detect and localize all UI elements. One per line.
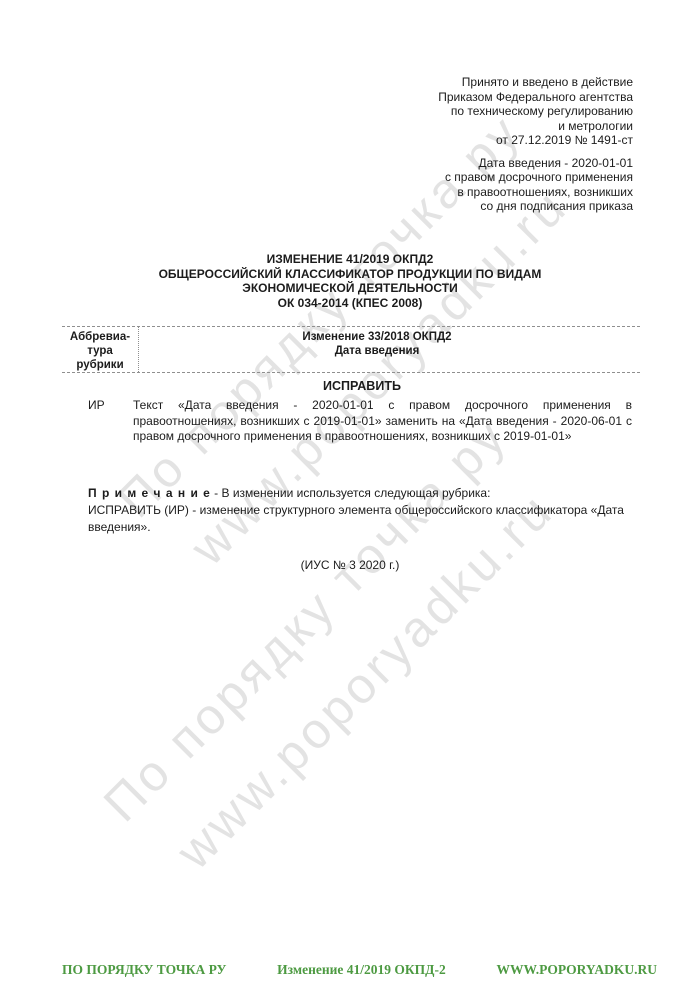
rubric-table: Аббревиа- тура рубрики Изменение 33/2018… — [62, 326, 640, 373]
effective-date-line: с правом досрочного применения — [438, 170, 633, 185]
footer-document-name: Изменение 41/2019 ОКПД-2 — [277, 962, 446, 978]
correction-entry: ИР Текст «Дата введения - 2020-01-01 с п… — [88, 398, 632, 445]
rubric-change-cell: Изменение 33/2018 ОКПД2 Дата введения — [139, 327, 640, 372]
change-line: Изменение 33/2018 ОКПД2 — [139, 331, 615, 345]
note-body: ИСПРАВИТЬ (ИР) - изменение структурного … — [88, 502, 632, 536]
abbr-line: тура — [62, 344, 138, 358]
footer-site-url: WWW.POPORYADKU.RU — [496, 962, 657, 978]
acceptance-paragraph: Принято и введено в действие Приказом Фе… — [438, 75, 633, 148]
effective-date-line: в правоотношениях, возникших — [438, 185, 633, 200]
abbr-line: рубрики — [62, 358, 138, 372]
document-title: ИЗМЕНЕНИЕ 41/2019 ОКПД2 ОБЩЕРОССИЙСКИЙ К… — [0, 252, 700, 310]
document-page: По порядку точка ру www.poporyadku.ru По… — [0, 0, 700, 990]
note-label: П р и м е ч а н и е — [88, 486, 211, 500]
acceptance-line: по техническому регулированию — [438, 104, 633, 119]
title-line: ИЗМЕНЕНИЕ 41/2019 ОКПД2 — [0, 252, 700, 267]
rubric-abbr-cell: Аббревиа- тура рубрики — [62, 327, 139, 372]
acceptance-block: Принято и введено в действие Приказом Фе… — [438, 75, 633, 214]
title-line: ЭКОНОМИЧЕСКОЙ ДЕЯТЕЛЬНОСТИ — [0, 281, 700, 296]
correction-text: Текст «Дата введения - 2020-01-01 с прав… — [133, 398, 632, 445]
acceptance-line: от 27.12.2019 № 1491-ст — [438, 133, 633, 148]
effective-date-line: Дата введения - 2020-01-01 — [438, 156, 633, 171]
note-intro: - В изменении используется следующая руб… — [211, 486, 491, 500]
acceptance-line: Принято и введено в действие — [438, 75, 633, 90]
note-block: П р и м е ч а н и е - В изменении исполь… — [88, 485, 632, 536]
effective-date-line: со дня подписания приказа — [438, 199, 633, 214]
page-footer: ПО ПОРЯДКУ ТОЧКА РУ Изменение 41/2019 ОК… — [0, 962, 700, 982]
acceptance-line: Приказом Федерального агентства — [438, 90, 633, 105]
note-first-line: П р и м е ч а н и е - В изменении исполь… — [88, 485, 632, 502]
source-reference: (ИУС № 3 2020 г.) — [0, 558, 700, 572]
correction-code: ИР — [88, 398, 105, 414]
effective-date-paragraph: Дата введения - 2020-01-01 с правом доср… — [438, 156, 633, 214]
abbr-line: Аббревиа- — [62, 330, 138, 344]
section-heading: ИСПРАВИТЬ — [62, 379, 662, 393]
footer-site-name: ПО ПОРЯДКУ ТОЧКА РУ — [62, 962, 226, 978]
title-line: ОК 034-2014 (КПЕС 2008) — [0, 296, 700, 311]
acceptance-line: и метрологии — [438, 119, 633, 134]
title-line: ОБЩЕРОССИЙСКИЙ КЛАССИФИКАТОР ПРОДУКЦИИ П… — [0, 267, 700, 282]
change-line: Дата введения — [139, 345, 615, 359]
